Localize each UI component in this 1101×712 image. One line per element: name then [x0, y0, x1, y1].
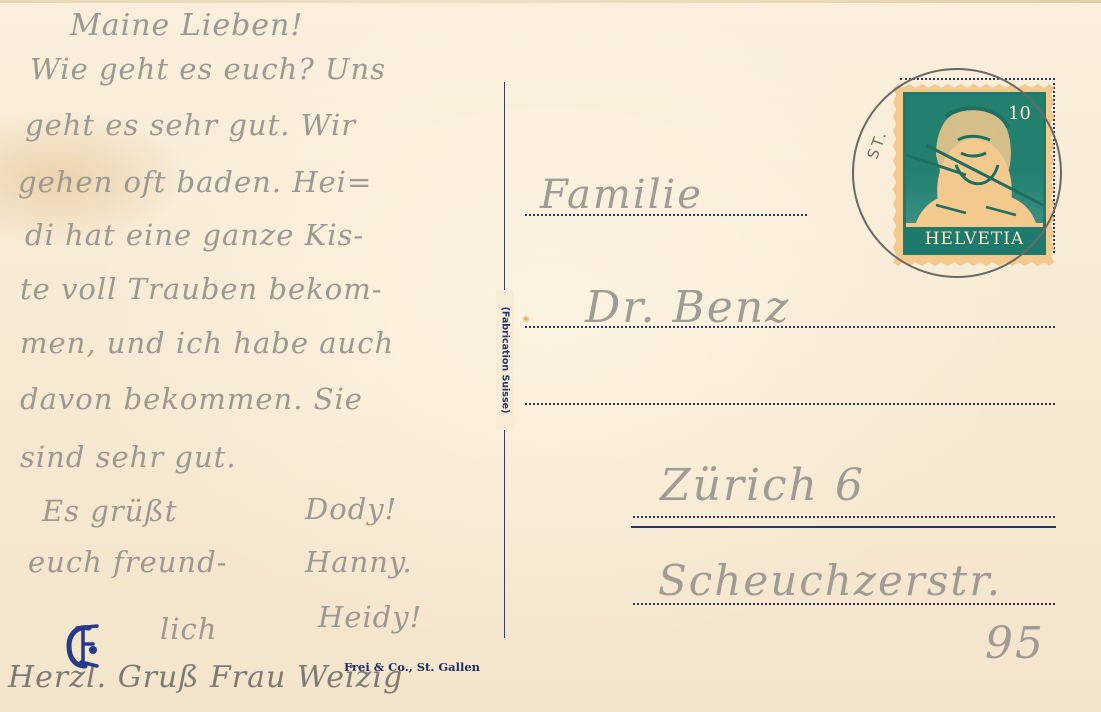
house-number: 95	[985, 618, 1045, 669]
address-rule	[633, 516, 1055, 518]
closing-line: lich	[160, 612, 217, 646]
address-rule	[525, 326, 1055, 328]
message-salutation: Maine Lieben!	[70, 8, 303, 43]
message-line: gehen oft baden. Hei=	[18, 165, 372, 199]
closing-line: euch freund-	[28, 545, 227, 579]
message-line: geht es sehr gut. Wir	[25, 108, 356, 142]
message-line: sind sehr gut.	[20, 440, 237, 474]
publisher-logo-icon	[63, 622, 103, 672]
message-line: men, und ich habe auch	[20, 326, 394, 360]
message-line: te voll Trauben bekom-	[20, 272, 383, 306]
message-line: Wie geht es euch? Uns	[30, 52, 386, 86]
message-line: di hat eine ganze Kis-	[25, 218, 364, 252]
address-line-4: Zürich 6	[660, 460, 865, 511]
address-line-1: Familie	[540, 172, 703, 218]
signature: Hanny.	[305, 545, 413, 579]
closing-line: Es grüßt	[42, 494, 177, 528]
message-line: davon bekommen. Sie	[20, 382, 363, 416]
publisher-imprint: Frei & Co., St. Gallen	[344, 660, 480, 674]
address-rule-solid	[631, 526, 1056, 528]
signature: Dody!	[305, 492, 397, 526]
address-rule	[525, 214, 807, 216]
postcard: Maine Lieben! Wie geht es euch? Uns geht…	[0, 0, 1101, 712]
postmark-cancellation	[852, 68, 1062, 278]
signature: Heidy!	[318, 600, 422, 634]
address-line-5: Scheuchzerstr.	[658, 556, 1002, 605]
address-rule	[525, 403, 1055, 405]
address-rule	[633, 603, 1055, 605]
divider-label: (Fabrication Suisse)	[500, 307, 511, 414]
